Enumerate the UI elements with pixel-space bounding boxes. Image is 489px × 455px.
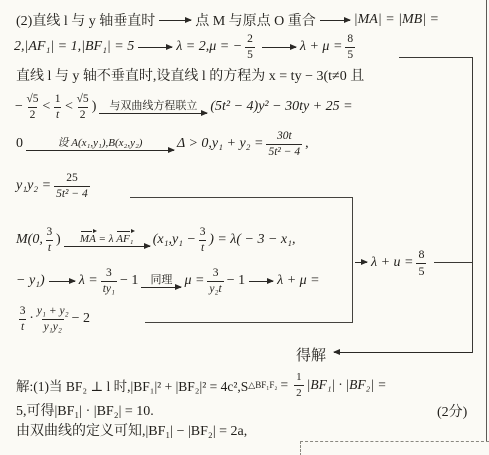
score-text: (2分) bbox=[437, 401, 467, 421]
right-arrow-icon bbox=[320, 20, 350, 21]
step-text: 2,|AF₁| = 1,|BF₁| = 5 bbox=[14, 39, 134, 55]
right-arrow-icon bbox=[141, 287, 181, 288]
vector-MA: MA bbox=[80, 233, 96, 246]
step-text: < bbox=[64, 99, 73, 115]
fraction-numerator: 3 bbox=[213, 266, 219, 281]
solution-text: 解:(1)当 BF₂ ⊥ l 时,|BF₁|² + |BF₂|² = 4c²,S bbox=[16, 375, 248, 395]
page-edge-line bbox=[486, 0, 487, 441]
fraction: 3 t bbox=[199, 225, 206, 256]
fraction-denominator: 2 bbox=[294, 385, 304, 400]
step-text: − 2 bbox=[72, 311, 90, 327]
flow-line-9: 3 t · y₁ + y₂ y₁y₂ − 2 bbox=[16, 300, 90, 338]
solution-line-2: 5,可得|BF₁| · |BF₂| = 10. bbox=[16, 400, 154, 420]
fraction-numerator: 3 bbox=[200, 225, 206, 240]
fraction: 2 5 bbox=[245, 32, 255, 63]
fraction-denominator: 5t² − 4 bbox=[54, 186, 90, 202]
right-arrow-icon bbox=[64, 246, 150, 247]
connector-result-horizontal bbox=[434, 262, 472, 263]
flow-result: λ + u = 8 5 bbox=[371, 245, 429, 281]
fraction: 25 5t² − 4 bbox=[54, 171, 90, 202]
solved-text: 得解 bbox=[296, 344, 326, 365]
right-arrow-icon bbox=[49, 281, 75, 282]
fraction: 3 ty₁ bbox=[101, 266, 117, 297]
step-text: λ + μ = bbox=[277, 273, 320, 289]
step-text: − y₁) bbox=[16, 273, 45, 289]
dashed-box-partial bbox=[300, 441, 489, 455]
fraction-numerator: 3 bbox=[20, 304, 26, 319]
fraction-denominator: 2 bbox=[78, 107, 88, 123]
fraction-denominator: t bbox=[199, 240, 206, 256]
fraction-denominator: 5 bbox=[416, 263, 426, 280]
fraction: 3 t bbox=[46, 225, 53, 256]
flow-line-2: 2,|AF₁| = 1,|BF₁| = 5 λ = 2,μ = − 2 5 λ … bbox=[14, 30, 358, 64]
fraction-numerator: 3 bbox=[47, 225, 53, 240]
fraction: 1 2 bbox=[294, 370, 304, 400]
step-text: (5t² − 4)y² − 30ty + 25 = bbox=[210, 99, 352, 115]
step-text: ) bbox=[92, 99, 97, 115]
fraction: √5 2 bbox=[26, 92, 38, 123]
flow-line-4: − √5 2 < 1 t < √5 2 ) 与双曲线方程联立 (5t² − 4)… bbox=[14, 88, 353, 126]
solution-text: = bbox=[281, 377, 289, 393]
flow-line-5: 0 设 A(x₁,y₁),B(x₂,y₂) Δ > 0,y₁ + y₂ = 30… bbox=[16, 124, 309, 164]
vector-AF1: AF₁ bbox=[116, 233, 133, 246]
fraction-numerator: 8 bbox=[347, 32, 353, 47]
step-text: ) = λ( − 3 − x₁, bbox=[209, 232, 295, 248]
step-text: − bbox=[14, 99, 23, 115]
labeled-arrow: 与双曲线方程联立 bbox=[99, 100, 207, 114]
fraction: 3 t bbox=[19, 304, 26, 335]
fraction: y₁ + y₂ y₁y₂ bbox=[37, 304, 69, 335]
right-arrow-icon bbox=[249, 281, 273, 282]
solution-text: 5,可得|BF₁| · |BF₂| = 10. bbox=[16, 400, 154, 420]
step-text: · bbox=[29, 311, 34, 327]
group-box-bottom-edge bbox=[145, 322, 353, 323]
step-text: 直线 l 与 y 轴不垂直时,设直线 l 的方程为 x = ty − 3(t≠0… bbox=[16, 65, 364, 85]
arrow-label: MA = λ AF₁ bbox=[64, 233, 150, 246]
fraction: 30t 5t² − 4 bbox=[266, 129, 302, 160]
flow-line-8: − y₁) λ = 3 ty₁ − 1 同理 μ = 3 y₂t − 1 λ +… bbox=[16, 262, 320, 300]
arrow-label: 设 A(x₁,y₁),B(x₂,y₂) bbox=[26, 137, 174, 150]
fraction: √5 2 bbox=[77, 92, 89, 123]
flow-line-7: M(0, 3 t ) MA = λ AF₁ (x₁,y₁ − 3 t ) = λ… bbox=[16, 218, 296, 262]
fraction-denominator: 5 bbox=[345, 47, 355, 63]
step-text: 0 bbox=[16, 136, 23, 152]
solution-line-1: 解:(1)当 BF₂ ⊥ l 时,|BF₁|² + |BF₂|² = 4c²,S… bbox=[16, 370, 386, 400]
step-text: λ = bbox=[79, 273, 98, 289]
connector-right-vertical bbox=[472, 57, 473, 353]
step-text: ) bbox=[56, 232, 61, 248]
fraction-denominator: t bbox=[54, 107, 61, 123]
flow-line-1: (2)直线 l 与 y 轴垂直时 点 M 与原点 O 重合 |MA| = |MB… bbox=[16, 8, 439, 32]
group-box-top-edge bbox=[130, 197, 353, 198]
labeled-arrow: MA = λ AF₁ bbox=[64, 233, 150, 247]
fraction-numerator: 1 bbox=[296, 370, 302, 384]
step-text: λ + u = bbox=[371, 255, 413, 271]
fraction-numerator: 25 bbox=[66, 171, 78, 186]
step-text: < bbox=[42, 99, 51, 115]
right-arrow-icon bbox=[262, 47, 296, 48]
step-text: − 1 bbox=[227, 273, 245, 289]
right-arrow-icon bbox=[138, 47, 172, 48]
step-text: Δ > 0,y₁ + y₂ = bbox=[177, 136, 263, 152]
right-arrow-icon bbox=[26, 150, 174, 151]
fraction-numerator: y₁ + y₂ bbox=[37, 304, 69, 319]
right-arrow-icon bbox=[159, 20, 191, 21]
step-text: μ = bbox=[184, 273, 204, 289]
fraction-numerator: 3 bbox=[106, 266, 112, 281]
triangle-area-subscript: △BF₁F₂ bbox=[248, 380, 277, 391]
step-text: λ = 2,μ = − bbox=[176, 39, 242, 55]
fraction: 1 t bbox=[54, 92, 61, 123]
step-text: − 1 bbox=[120, 273, 138, 289]
step-text: 点 M 与原点 O 重合 bbox=[195, 10, 316, 30]
step-text: λ + μ = bbox=[300, 39, 343, 55]
fraction-numerator: 8 bbox=[418, 247, 424, 263]
step-text: , bbox=[305, 136, 309, 152]
fraction-denominator: y₂t bbox=[207, 281, 223, 297]
fraction: 8 5 bbox=[345, 32, 355, 63]
fraction-denominator: t bbox=[19, 319, 26, 335]
fraction-denominator: 5t² − 4 bbox=[266, 144, 302, 160]
step-text: y₁y₂ = bbox=[16, 178, 51, 194]
solved-label: 得解 bbox=[296, 345, 326, 363]
fraction-numerator: √5 bbox=[77, 92, 89, 107]
solution-line-3: 由双曲线的定义可知,|BF₁| − |BF₂| = 2a, bbox=[16, 420, 247, 440]
score-mark: (2分) bbox=[437, 401, 467, 421]
scanned-math-solution-page: (2)直线 l 与 y 轴垂直时 点 M 与原点 O 重合 |MA| = |MB… bbox=[0, 0, 489, 455]
step-text: (x₁,y₁ − bbox=[153, 232, 196, 248]
fraction-numerator: 1 bbox=[55, 92, 61, 107]
fraction-denominator: 2 bbox=[28, 107, 38, 123]
fraction: 8 5 bbox=[416, 247, 426, 279]
fraction-denominator: ty₁ bbox=[101, 281, 117, 297]
step-text: |MA| = |MB| = bbox=[354, 12, 439, 28]
fraction-denominator: 5 bbox=[245, 47, 255, 63]
right-arrow-icon bbox=[355, 262, 367, 263]
labeled-arrow: 设 A(x₁,y₁),B(x₂,y₂) bbox=[26, 137, 174, 151]
fraction-numerator: √5 bbox=[26, 92, 38, 107]
flow-line-3: 直线 l 与 y 轴不垂直时,设直线 l 的方程为 x = ty − 3(t≠0… bbox=[16, 64, 364, 86]
step-text: (2)直线 l 与 y 轴垂直时 bbox=[16, 10, 155, 30]
connector-top-horizontal bbox=[399, 57, 472, 58]
group-box-right-edge bbox=[352, 197, 353, 323]
labeled-arrow: 同理 bbox=[141, 274, 181, 288]
right-arrow-icon bbox=[99, 113, 207, 114]
fraction-numerator: 2 bbox=[247, 32, 253, 47]
arrow-label: 与双曲线方程联立 bbox=[99, 100, 207, 113]
left-arrow-to-solved bbox=[334, 352, 472, 353]
fraction-denominator: t bbox=[46, 240, 53, 256]
solution-text: 由双曲线的定义可知,|BF₁| − |BF₂| = 2a, bbox=[16, 420, 247, 440]
flow-line-6: y₁y₂ = 25 5t² − 4 bbox=[16, 166, 93, 206]
arrow-label-middle: = λ bbox=[96, 233, 116, 245]
solution-text: |BF₁| · |BF₂| = bbox=[307, 377, 387, 393]
fraction-numerator: 30t bbox=[277, 129, 292, 144]
step-text: M(0, bbox=[16, 232, 43, 248]
fraction: 3 y₂t bbox=[207, 266, 223, 297]
fraction-denominator: y₁y₂ bbox=[42, 319, 64, 335]
